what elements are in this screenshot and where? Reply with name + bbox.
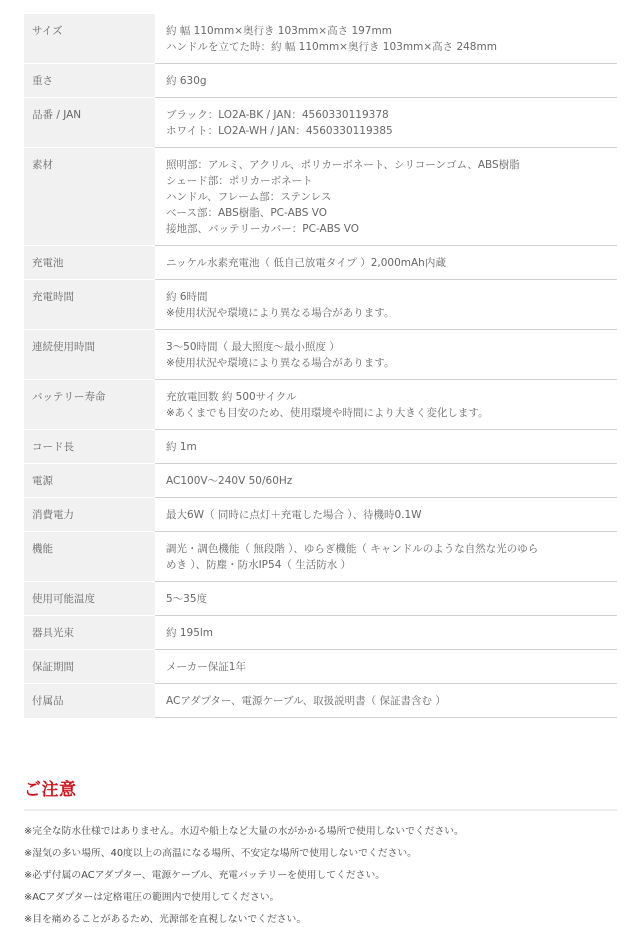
spec-value-line: ベース部：ABS樹脂、PC-ABS VO <box>166 205 609 221</box>
spec-row-power-source: 電源 AC100V～240V 50/60Hz <box>24 464 617 498</box>
spec-value-line: 約 1m <box>166 439 609 455</box>
spec-label: バッテリー寿命 <box>24 380 155 430</box>
spec-row-continuous-use: 連続使用時間 3～50時間（ 最大照度～最小照度 ） ※使用状況や環境により異な… <box>24 330 617 380</box>
spec-value-line: 調光・調色機能（ 無段階 ）、ゆらぎ機能（ キャンドルのような自然な光のゆら <box>166 541 609 557</box>
spec-value-line: ハンドル、フレーム部：ステンレス <box>166 189 609 205</box>
spec-value-line: 接地部、バッテリーカバー：PC-ABS VO <box>166 221 609 237</box>
spec-value: AC100V～240V 50/60Hz <box>155 464 617 498</box>
spec-value: 最大6W（ 同時に点灯＋充電した場合 ）、待機時0.1W <box>155 498 617 532</box>
spec-value: ニッケル水素充電池（ 低自己放電タイプ ）2,000mAh内蔵 <box>155 246 617 280</box>
spec-value: 約 1m <box>155 430 617 464</box>
spec-row-charge-time: 充電時間 約 6時間 ※使用状況や環境により異なる場合があります。 <box>24 280 617 330</box>
spec-row-material: 素材 照明部：アルミ、アクリル、ポリカーボネート、シリコーンゴム、ABS樹脂 シ… <box>24 148 617 246</box>
spec-value-line: ハンドルを立てた時：約 幅 110mm×奥行き 103mm×高さ 248mm <box>166 39 609 55</box>
spec-value-line: 充放電回数 約 500サイクル <box>166 389 609 405</box>
spec-value-line: ※使用状況や環境により異なる場合があります。 <box>166 355 609 371</box>
spec-row-features: 機能 調光・調色機能（ 無段階 ）、ゆらぎ機能（ キャンドルのような自然な光のゆ… <box>24 532 617 582</box>
spec-value: 充放電回数 約 500サイクル ※あくまでも目安のため、使用環境や時間により大き… <box>155 380 617 430</box>
notice-divider <box>24 809 617 811</box>
spec-value-line: 照明部：アルミ、アクリル、ポリカーボネート、シリコーンゴム、ABS樹脂 <box>166 157 609 173</box>
notice-section: ご注意 ※完全な防水仕様ではありません。水辺や船上など大量の水がかかる場所で使用… <box>24 779 617 927</box>
spec-value: ブラック：LO2A-BK / JAN：4560330119378 ホワイト：LO… <box>155 98 617 148</box>
spec-value: 調光・調色機能（ 無段階 ）、ゆらぎ機能（ キャンドルのような自然な光のゆら め… <box>155 532 617 582</box>
spec-value-line: ホワイト：LO2A-WH / JAN：4560330119385 <box>166 123 609 139</box>
spec-row-cord-length: コード長 約 1m <box>24 430 617 464</box>
spec-value-line: めき ）、防塵・防水IP54（ 生活防水 ） <box>166 557 609 573</box>
spec-label: 使用可能温度 <box>24 582 155 616</box>
spec-value-line: 約 630g <box>166 73 609 89</box>
spec-value: 約 6時間 ※使用状況や環境により異なる場合があります。 <box>155 280 617 330</box>
spec-value-line: 5～35度 <box>166 591 609 607</box>
spec-row-accessories: 付属品 ACアダプター、電源ケーブル、取扱説明書（ 保証書含む ） <box>24 684 617 718</box>
spec-label: 充電池 <box>24 246 155 280</box>
notice-item: ※湿気の多い場所、40度以上の高温になる場所、不安定な場所で使用しないでください… <box>24 843 617 865</box>
spec-value: 約 幅 110mm×奥行き 103mm×高さ 197mm ハンドルを立てた時：約… <box>155 14 617 64</box>
spec-label: 重さ <box>24 64 155 98</box>
spec-value-line: 約 幅 110mm×奥行き 103mm×高さ 197mm <box>166 23 609 39</box>
spec-row-weight: 重さ 約 630g <box>24 64 617 98</box>
spec-table: サイズ 約 幅 110mm×奥行き 103mm×高さ 197mm ハンドルを立て… <box>24 14 617 718</box>
notice-item: ※完全な防水仕様ではありません。水辺や船上など大量の水がかかる場所で使用しないで… <box>24 821 617 843</box>
spec-label: 器具光束 <box>24 616 155 650</box>
notice-list: ※完全な防水仕様ではありません。水辺や船上など大量の水がかかる場所で使用しないで… <box>24 821 617 927</box>
notice-item: ※必ず付属のACアダプター、電源ケーブル、充電バッテリーを使用してください。 <box>24 865 617 887</box>
spec-label: 付属品 <box>24 684 155 718</box>
spec-value: 約 630g <box>155 64 617 98</box>
spec-value: 5～35度 <box>155 582 617 616</box>
notice-item: ※ACアダプターは定格電圧の範囲内で使用してください。 <box>24 887 617 909</box>
spec-value-line: AC100V～240V 50/60Hz <box>166 473 609 489</box>
spec-label: サイズ <box>24 14 155 64</box>
spec-row-battery-life: バッテリー寿命 充放電回数 約 500サイクル ※あくまでも目安のため、使用環境… <box>24 380 617 430</box>
spec-value-line: メーカー保証1年 <box>166 659 609 675</box>
spec-value-line: ※使用状況や環境により異なる場合があります。 <box>166 305 609 321</box>
spec-label: 品番 / JAN <box>24 98 155 148</box>
spec-value: 3～50時間（ 最大照度～最小照度 ） ※使用状況や環境により異なる場合がありま… <box>155 330 617 380</box>
spec-value-line: ニッケル水素充電池（ 低自己放電タイプ ）2,000mAh内蔵 <box>166 255 609 271</box>
spec-row-luminous-flux: 器具光束 約 195lm <box>24 616 617 650</box>
notice-item: ※目を痛めることがあるため、光源部を直視しないでください。 <box>24 909 617 927</box>
notice-title: ご注意 <box>24 779 617 801</box>
spec-label: 電源 <box>24 464 155 498</box>
spec-label: 保証期間 <box>24 650 155 684</box>
spec-value-line: ※あくまでも目安のため、使用環境や時間により大きく変化します。 <box>166 405 609 421</box>
spec-value: 照明部：アルミ、アクリル、ポリカーボネート、シリコーンゴム、ABS樹脂 シェード… <box>155 148 617 246</box>
spec-row-model-jan: 品番 / JAN ブラック：LO2A-BK / JAN：456033011937… <box>24 98 617 148</box>
spec-row-power-consumption: 消費電力 最大6W（ 同時に点灯＋充電した場合 ）、待機時0.1W <box>24 498 617 532</box>
spec-value: 約 195lm <box>155 616 617 650</box>
spec-row-size: サイズ 約 幅 110mm×奥行き 103mm×高さ 197mm ハンドルを立て… <box>24 14 617 64</box>
spec-row-battery: 充電池 ニッケル水素充電池（ 低自己放電タイプ ）2,000mAh内蔵 <box>24 246 617 280</box>
spec-value: ACアダプター、電源ケーブル、取扱説明書（ 保証書含む ） <box>155 684 617 718</box>
spec-label: コード長 <box>24 430 155 464</box>
spec-value-line: ACアダプター、電源ケーブル、取扱説明書（ 保証書含む ） <box>166 693 609 709</box>
spec-label: 充電時間 <box>24 280 155 330</box>
spec-label: 連続使用時間 <box>24 330 155 380</box>
spec-row-warranty: 保証期間 メーカー保証1年 <box>24 650 617 684</box>
spec-value-line: 約 195lm <box>166 625 609 641</box>
spec-label: 機能 <box>24 532 155 582</box>
spec-value-line: 最大6W（ 同時に点灯＋充電した場合 ）、待機時0.1W <box>166 507 609 523</box>
spec-value: メーカー保証1年 <box>155 650 617 684</box>
spec-value-line: シェード部：ポリカーボネート <box>166 173 609 189</box>
spec-row-operating-temp: 使用可能温度 5～35度 <box>24 582 617 616</box>
spec-label: 消費電力 <box>24 498 155 532</box>
spec-label: 素材 <box>24 148 155 246</box>
spec-value-line: 3～50時間（ 最大照度～最小照度 ） <box>166 339 609 355</box>
spec-value-line: ブラック：LO2A-BK / JAN：4560330119378 <box>166 107 609 123</box>
spec-value-line: 約 6時間 <box>166 289 609 305</box>
